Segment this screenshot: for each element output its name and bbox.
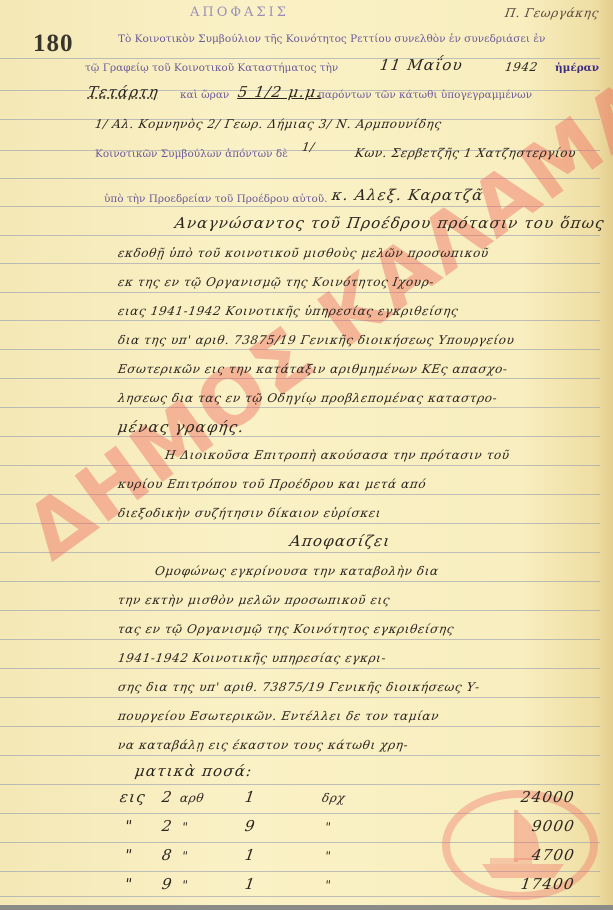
body-line: πουργείου Εσωτερικῶν. Εντέλλει δε τον τα… [117,709,440,723]
ruled-line [0,639,600,640]
meeting-year: 1942 [504,60,539,74]
body-line: Εσωτερικῶν εις την κατάταξιν αριθμημένων… [117,362,509,376]
row-abbr: " [181,820,189,834]
ruled-line [0,581,600,582]
body-line: δια της υπ' αριθ. 73875/19 Γενικῆς διοικ… [117,333,516,347]
body-line: Αναγνώσαντος τοῦ Προέδρου πρότασιν του ὅ… [174,214,606,232]
body-line: ματικὰ ποσά: [134,762,254,780]
row-abbr: " [181,849,189,863]
row-grade: 2 [161,817,174,835]
absent-members: Κων. Σερβετζῆς 1 Χατζηστεργίου [354,146,577,160]
body-line: 1941-1942 Κοινοτικῆς υπηρεσίας εγκρι- [117,651,387,665]
ruled-line [0,697,600,698]
top-right-note: Π. Γεωργάκης [504,6,600,20]
body-line: την εκτὴν μισθὸν μελῶν προσωπικοῦ εις [117,593,391,607]
row-abbr: αρθ [179,791,205,805]
header-line-3-hour-label: καὶ ὥραν [180,89,229,101]
body-line: μένας γραφής. [117,418,246,436]
body-line: σης δια της υπ' αριθ. 73875/19 Γενικῆς δ… [117,680,481,694]
body-line: διεξοδικὴν συζήτησιν δίκαιον εὑρίσκει [117,506,382,520]
ruled-line [0,784,600,785]
row-count: 9 [244,817,257,835]
row-grade: 9 [161,875,174,893]
body-line: Ομοφώνως εγκρίνουσα την καταβολὴν δια [154,564,440,578]
row-amount: 17400 [520,875,576,893]
ruled-line [0,668,600,669]
row-unit: " [324,878,332,892]
row-label: εις [119,788,147,806]
row-label: " [124,846,135,864]
body-line: εκ της εν τῷ Οργανισμῷ της Κοινότητος Ιχ… [117,275,435,289]
header-line-3-present-label: παρόντων τῶν κάτωθι ὑπογεγραμμένων [318,89,532,101]
body-line: Η Διοικοῦσα Επιτροπὴ ακούσασα την πρότασ… [164,448,511,462]
ruled-line [0,610,600,611]
row-unit: " [324,820,332,834]
document-title: ΑΠΟΦΑΣΙΣ [190,5,289,20]
body-line: τας εν τῷ Οργανισμῷ της Κοινότητος εγκρι… [117,622,455,636]
row-count: 1 [244,875,257,893]
ruled-line [0,58,600,59]
body-line: ειας 1941-1942 Κοινοτικῆς ὑπηρεσίας εγκρ… [117,304,459,318]
row-amount: 4700 [531,846,577,864]
row-label: " [124,875,135,893]
row-unit: " [324,849,332,863]
row-amount: 24000 [520,788,576,806]
row-count: 1 [244,788,257,806]
row-grade: 2 [161,788,174,806]
absent-label: Κοινοτικῶν Συμβούλων ἀπόντων δὲ [95,148,288,160]
decision-heading: Αποφασίζει [289,532,392,550]
row-amount: 9000 [531,817,577,835]
row-abbr: " [181,878,189,892]
page-number: 180 [33,30,74,58]
body-line: λησεως δια τας εν τῷ Οδηγίῳ προβλεπομένα… [117,391,498,405]
header-line-2-printed: τῷ Γραφείῳ τοῦ Κοινοτικοῦ Καταστήματος τ… [85,62,338,74]
scan-bottom-edge [0,905,613,910]
ruled-line [0,436,600,437]
ruled-line [0,755,600,756]
meeting-time: 5 1/2 μ.μ. [237,83,324,101]
ruled-line [0,407,600,408]
absent-mark: 1/ [301,140,316,154]
document-page: ΔΗΜΟΣ ΚΑΛΑΜΑΡΙΑΣ 180 ΑΠΟΦΑΣΙΣ Π. Γεωργάκ… [0,0,613,905]
row-count: 1 [244,846,257,864]
body-line: να καταβάλῃ εις έκαστον τους κάτωθι χρη- [117,738,409,752]
meeting-weekday: Τετάρτη [87,83,161,101]
row-label: " [124,817,135,835]
ruled-line [0,726,600,727]
header-line-1: Τὸ Κοινοτικὸν Συμβούλιον τῆς Κοινότητος … [118,33,545,45]
ruled-line [0,263,600,264]
row-unit: δρχ [321,791,346,805]
header-line-2-day-label: ἡμέραν [555,62,599,74]
meeting-date: 11 Μαΐου [379,56,465,74]
present-members: 1/ Αλ. Κομνηνὸς 2/ Γεωρ. Δήμιας 3/ Ν. Αρ… [94,117,443,131]
body-line: εκδοθῇ ὑπὸ τοῦ κοινοτικοῦ μισθοὺς μελῶν … [117,246,490,260]
body-line: κυρίου Επιτρόπου τοῦ Προέδρου και μετά α… [117,477,427,491]
row-grade: 8 [161,846,174,864]
presidency-label: ὑπὸ τὴν Προεδρείαν τοῦ Προέδρου αὐτοῦ. [104,193,328,205]
president-name: κ. Αλεξ. Καρατζᾶ [331,186,485,204]
